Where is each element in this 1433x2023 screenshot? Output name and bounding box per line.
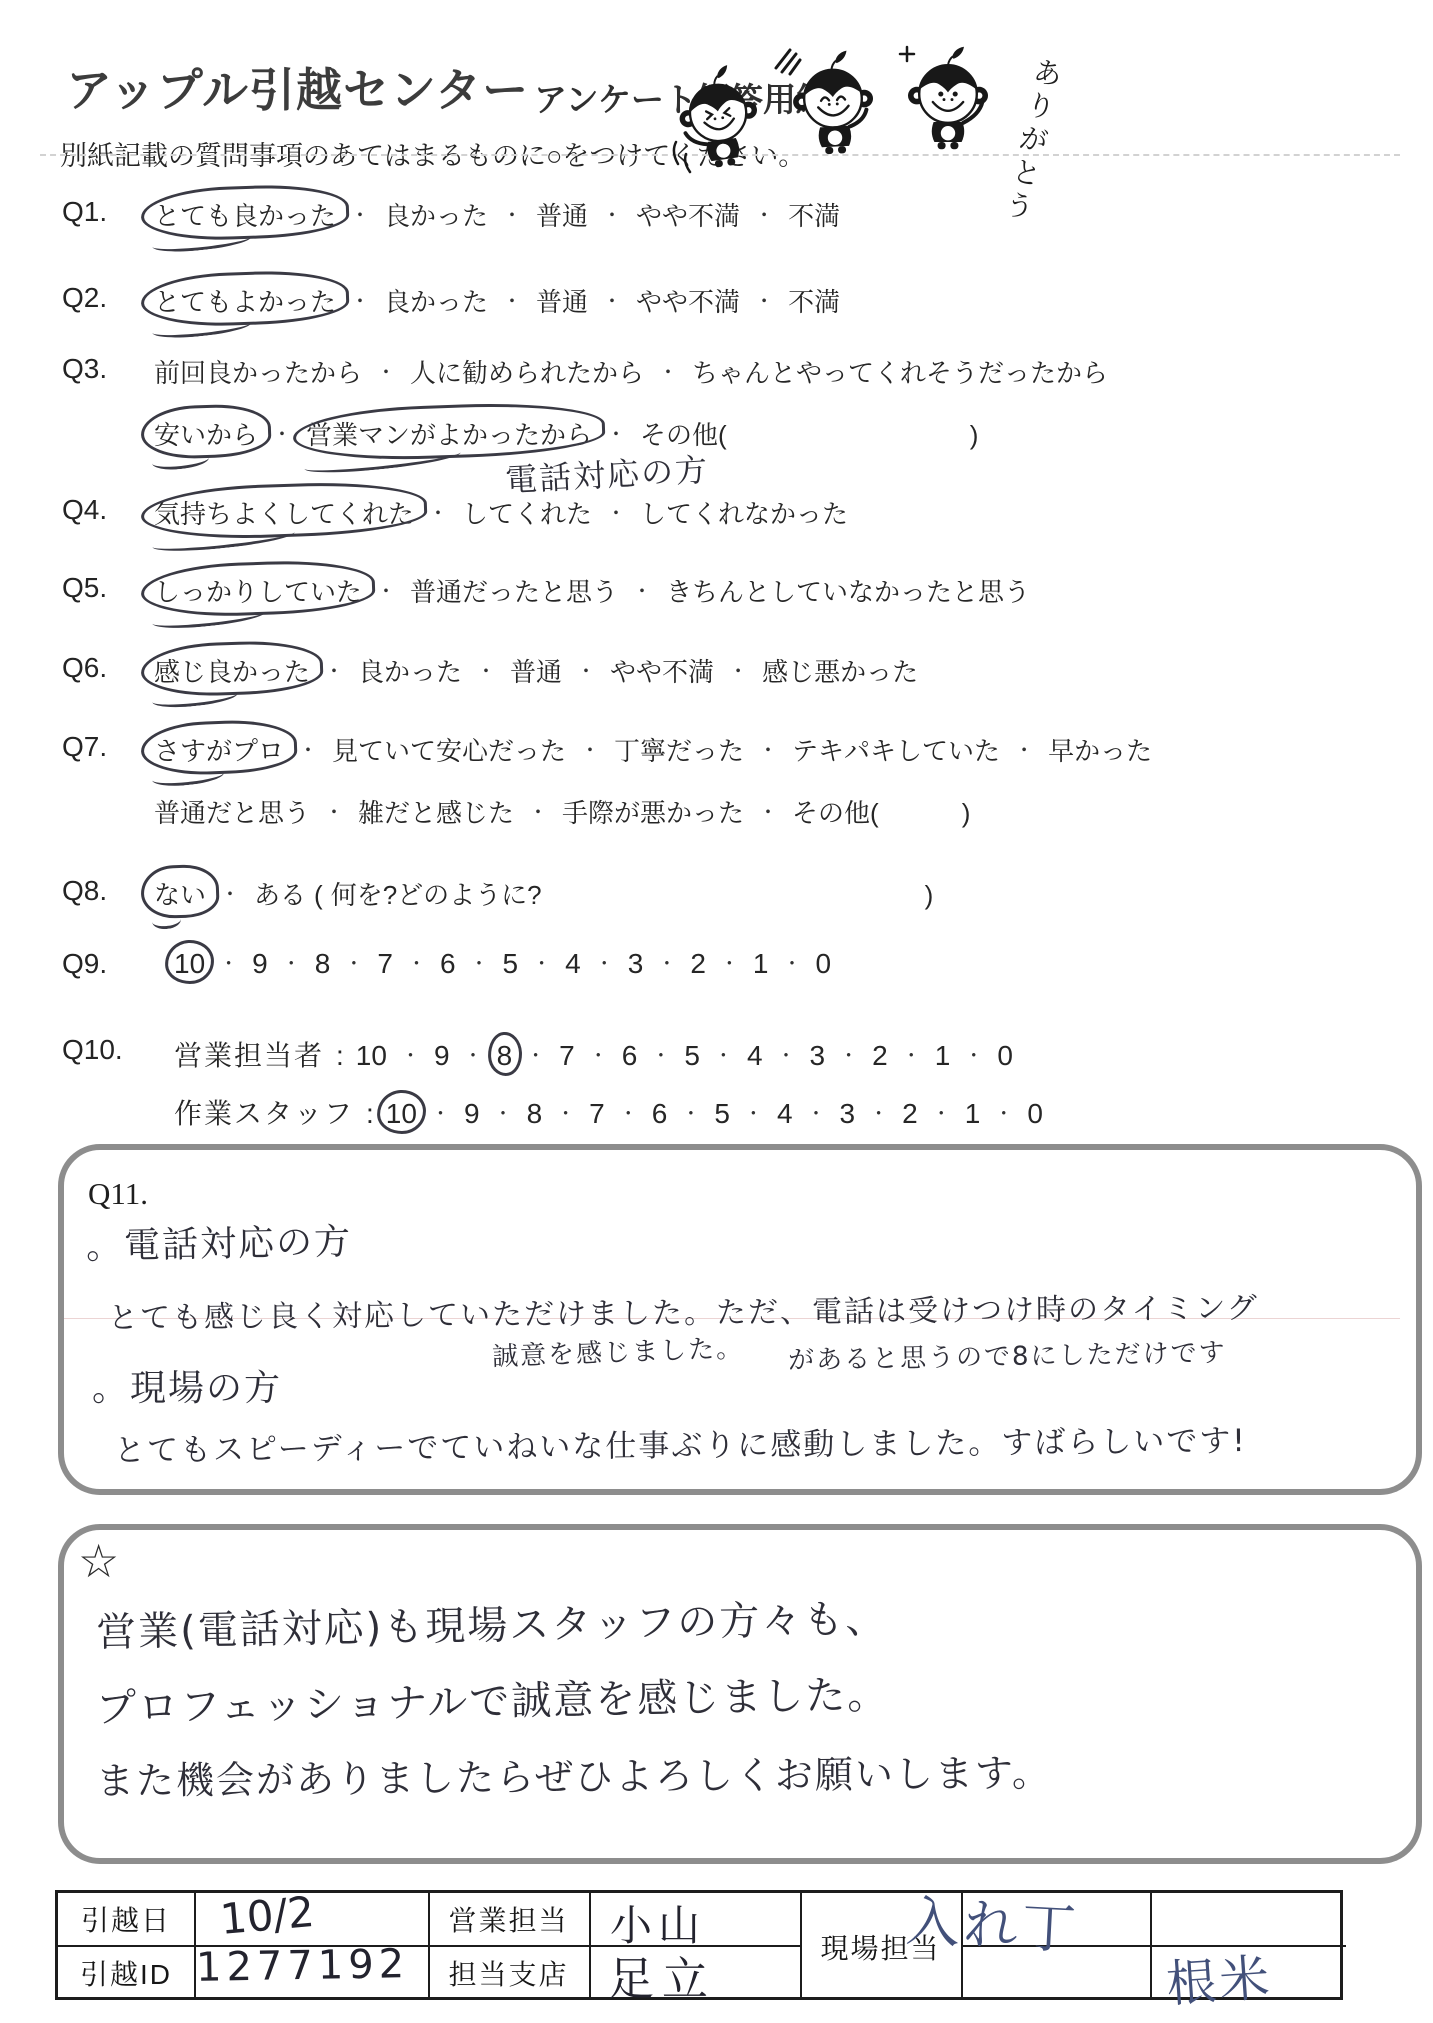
question-options-line: しっかりしていた・普通だったと思う・きちんとしていなかったと思う: [150, 572, 1034, 609]
option-text: 良かった: [384, 196, 488, 233]
option-text: 8: [315, 948, 331, 980]
option-separator: ・: [376, 356, 396, 385]
option-text: 6: [652, 1098, 668, 1130]
option-text: 感じ悪かった: [762, 652, 918, 689]
q11-label: Q11.: [88, 1176, 148, 1212]
option-circled: ない: [154, 875, 206, 912]
question-options-line: 気持ちよくしてくれた・してくれた・してくれなかった: [150, 494, 852, 531]
option-text: 人に勧められたから: [410, 353, 644, 390]
option-separator: ・: [602, 285, 622, 314]
option-text: 6: [622, 1040, 638, 1072]
option-separator: ・: [344, 949, 363, 976]
option-separator: ・: [744, 1099, 763, 1126]
footer-info-table: 引越日 引越ID 営業担当 担当支店 現場担当 10/2 1277192 小山 …: [55, 1890, 1343, 2000]
option-separator: ・: [1014, 734, 1034, 763]
option-text: 10: [356, 1040, 387, 1072]
option-text: 雑だと感じた: [358, 793, 514, 830]
question-label: Q6.: [62, 652, 107, 684]
field-rep-signature-1: 入れ丁: [904, 1878, 1082, 1964]
option-text: 3: [840, 1098, 856, 1130]
option-separator: ・: [502, 199, 522, 228]
option-separator: ・: [714, 1041, 733, 1068]
star-mark: ☆: [78, 1534, 119, 1588]
option-text: 手際が悪かった: [562, 793, 744, 830]
option-separator: ・: [783, 949, 802, 976]
option-text: 2: [872, 1040, 888, 1072]
option-separator: ・: [476, 655, 496, 684]
option-text: 8: [527, 1098, 543, 1130]
option-text: 普通: [536, 196, 588, 233]
option-separator: ・: [532, 949, 551, 976]
question-options-line: 感じ良かった・良かった・普通・やや不満・感じ悪かった: [150, 652, 922, 689]
mascot-monkeys-illustration: [672, 42, 1022, 194]
option-separator: ・: [964, 1041, 983, 1068]
option-text: 5: [503, 948, 519, 980]
option-circled: しっかりしていた: [154, 572, 362, 609]
option-separator: ・: [681, 1099, 700, 1126]
question-label: Q3.: [62, 353, 107, 385]
option-separator: ・: [754, 199, 774, 228]
option-separator: ・: [407, 949, 426, 976]
option-text: ある: [254, 875, 306, 912]
option-separator: ・: [502, 285, 522, 314]
option-text: 営業担当者: [174, 1034, 324, 1074]
option-text: 4: [565, 948, 581, 980]
option-text: やや不満: [636, 196, 740, 233]
option-separator: ・: [595, 949, 614, 976]
option-separator: ・: [428, 497, 448, 526]
option-circled: さすがプロ: [154, 731, 284, 768]
question-options-line: とても良かった・良かった・普通・やや不満・不満: [150, 196, 844, 233]
option-separator: ・: [324, 655, 344, 684]
option-text: 見ていて安心だった: [332, 731, 566, 768]
option-separator: ・: [350, 285, 370, 314]
handwritten-comment-line: また機会がありましたらぜひよろしくお願いします。: [96, 1742, 1052, 1805]
question-label: Q1.: [62, 196, 107, 228]
option-separator: ・: [720, 949, 739, 976]
option-text: 1: [965, 1098, 981, 1130]
option-circled: 感じ良かった: [154, 652, 310, 689]
option-text: ): [962, 798, 971, 829]
option-text: 2: [902, 1098, 918, 1130]
option-separator: ・: [526, 1041, 545, 1068]
option-separator: ・: [606, 497, 626, 526]
handwritten-comment-line: 。電話対応の方: [86, 1214, 353, 1270]
option-text: 1: [935, 1040, 951, 1072]
option-text: 5: [684, 1040, 700, 1072]
option-separator: ・: [272, 418, 292, 447]
option-separator: ・: [932, 1099, 951, 1126]
option-text: 5: [714, 1098, 730, 1130]
option-separator: ・: [350, 199, 370, 228]
question-options-line: さすがプロ・見ていて安心だった・丁寧だった・テキパキしていた・早かった: [150, 731, 1156, 768]
option-text: :: [366, 1098, 374, 1130]
option-text: 普通だと思う: [154, 793, 310, 830]
sales-rep-label: 営業担当: [428, 1893, 589, 1945]
option-text: 1: [753, 948, 769, 980]
survey-sheet-page: アップル引越センター アンケート解答用紙 別紙記載の質問事項のあてはまるものに○…: [0, 0, 1433, 2023]
option-text: 0: [997, 1040, 1013, 1072]
field-rep-signature-2: 根米: [1164, 1937, 1275, 2016]
option-text: 9: [464, 1098, 480, 1130]
option-separator: ・: [576, 655, 596, 684]
sparkle-lines: [776, 50, 800, 74]
branch-value: 足立: [608, 1943, 716, 2009]
motion-lines: [674, 142, 690, 172]
option-text: してくれなかった: [640, 494, 848, 531]
option-separator: ・: [431, 1099, 450, 1126]
option-separator: ・: [651, 1041, 670, 1068]
move-date-label: 引越日: [58, 1893, 194, 1945]
option-text: 0: [1027, 1098, 1043, 1130]
question-label: Q8.: [62, 875, 107, 907]
option-text: テキパキしていた: [792, 731, 1000, 768]
option-separator: ・: [994, 1099, 1013, 1126]
option-separator: ・: [754, 285, 774, 314]
option-text: 早かった: [1048, 731, 1152, 768]
question-label: Q10.: [62, 1034, 123, 1066]
option-circled: 安いから: [154, 415, 258, 452]
answer-blank-space: [731, 443, 966, 444]
option-text: 普通: [510, 652, 562, 689]
question-options-line: 安いから・営業マンがよかったから・その他(): [150, 415, 982, 452]
option-text: (: [314, 880, 323, 911]
q3-other-handwritten-note: 電話対応の方: [504, 445, 710, 502]
question-label: Q7.: [62, 731, 107, 763]
monkey-2: [791, 49, 876, 155]
option-text: 7: [589, 1098, 605, 1130]
option-text: 7: [559, 1040, 575, 1072]
option-separator: ・: [758, 796, 778, 825]
option-text: 4: [777, 1098, 793, 1130]
option-text: 不満: [788, 282, 840, 319]
option-separator: ・: [606, 418, 626, 447]
question-label: Q4.: [62, 494, 107, 526]
option-separator: ・: [602, 199, 622, 228]
question-label: Q5.: [62, 572, 107, 604]
option-text: やや不満: [636, 282, 740, 319]
option-text: その他(: [792, 793, 879, 830]
option-text: 普通: [536, 282, 588, 319]
option-separator: ・: [632, 575, 652, 604]
option-text: ちゃんとやってくれそうだったから: [692, 353, 1108, 390]
question-options-line: 作業スタッフ:10・9・8・7・6・5・4・3・2・1・0: [168, 1092, 1049, 1132]
option-circled: 10: [386, 1098, 417, 1130]
option-text: 良かった: [384, 282, 488, 319]
question-options-line: ない・ある(何を?どのように?): [150, 875, 937, 912]
question-label: Q9.: [62, 948, 107, 980]
option-separator: ・: [528, 796, 548, 825]
option-text: 良かった: [358, 652, 462, 689]
option-text: 0: [816, 948, 832, 980]
option-circled: 8: [497, 1040, 513, 1072]
option-text: 前回良かったから: [154, 353, 362, 390]
option-text: 4: [747, 1040, 763, 1072]
option-text: 6: [440, 948, 456, 980]
option-separator: ・: [401, 1041, 420, 1068]
option-text: 丁寧だった: [614, 731, 744, 768]
move-id-label: 引越ID: [58, 1945, 194, 2001]
option-separator: ・: [657, 949, 676, 976]
option-text: やや不満: [610, 652, 714, 689]
option-text: ): [970, 420, 979, 451]
question-options-line: 普通だと思う・雑だと感じた・手際が悪かった・その他(): [150, 793, 974, 830]
option-separator: ・: [807, 1099, 826, 1126]
option-text: 9: [434, 1040, 450, 1072]
option-separator: ・: [556, 1099, 575, 1126]
answer-blank-space: [546, 903, 921, 904]
option-text: 9: [252, 948, 268, 980]
option-separator: ・: [324, 796, 344, 825]
option-separator: ・: [220, 878, 240, 907]
option-text: ): [925, 880, 934, 911]
option-separator: ・: [728, 655, 748, 684]
option-separator: ・: [282, 949, 301, 976]
option-separator: ・: [580, 734, 600, 763]
move-id-value: 1277192: [196, 1941, 410, 1991]
handwritten-comment-line: があると思うので8にしただけです: [788, 1332, 1227, 1377]
option-text: 3: [628, 948, 644, 980]
option-separator: ・: [619, 1099, 638, 1126]
option-text: 不満: [788, 196, 840, 233]
option-text: 7: [377, 948, 393, 980]
option-text: 普通だったと思う: [410, 572, 618, 609]
option-separator: ・: [777, 1041, 796, 1068]
option-circled: 気持ちよくしてくれた: [154, 494, 414, 531]
option-separator: ・: [869, 1099, 888, 1126]
option-separator: ・: [758, 734, 778, 763]
option-text: 作業スタッフ: [174, 1092, 354, 1132]
option-separator: ・: [839, 1041, 858, 1068]
option-separator: ・: [464, 1041, 483, 1068]
option-separator: ・: [219, 949, 238, 976]
handwritten-comment-line: 。現場の方: [92, 1360, 282, 1411]
plus-sparkle: [900, 47, 914, 61]
question-options-line: 10・9・8・7・6・5・4・3・2・1・0: [168, 948, 837, 980]
option-separator: ・: [494, 1099, 513, 1126]
option-circled: とても良かった: [154, 196, 336, 233]
monkey-3: [908, 47, 988, 149]
company-title: アップル引越センター: [66, 54, 529, 120]
question-options-line: 営業担当者:10・9・8・7・6・5・4・3・2・1・0: [168, 1034, 1019, 1074]
option-text: きちんとしていなかったと思う: [666, 572, 1030, 609]
question-options-line: とてもよかった・良かった・普通・やや不満・不満: [150, 282, 844, 319]
option-separator: ・: [589, 1041, 608, 1068]
option-circled: 営業マンがよかったから: [306, 415, 592, 452]
move-date-value: 10/2: [218, 1887, 316, 1944]
option-separator: ・: [376, 575, 396, 604]
question-label: Q2.: [62, 282, 107, 314]
monkey-3-eye-left: [938, 91, 943, 96]
option-circled: 10: [174, 948, 205, 980]
option-separator: ・: [470, 949, 489, 976]
option-separator: ・: [658, 356, 678, 385]
option-separator: ・: [298, 734, 318, 763]
option-separator: ・: [902, 1041, 921, 1068]
monkey-3-eye-right: [953, 91, 958, 96]
option-text: 何を?どのように?: [331, 875, 542, 912]
answer-blank-space: [883, 821, 958, 822]
option-circled: とてもよかった: [154, 282, 336, 319]
option-text: 2: [690, 948, 706, 980]
question-options-line: 前回良かったから・人に勧められたから・ちゃんとやってくれそうだったから: [150, 353, 1112, 390]
option-text: 3: [810, 1040, 826, 1072]
option-text: :: [336, 1040, 344, 1072]
branch-label: 担当支店: [428, 1945, 589, 2001]
